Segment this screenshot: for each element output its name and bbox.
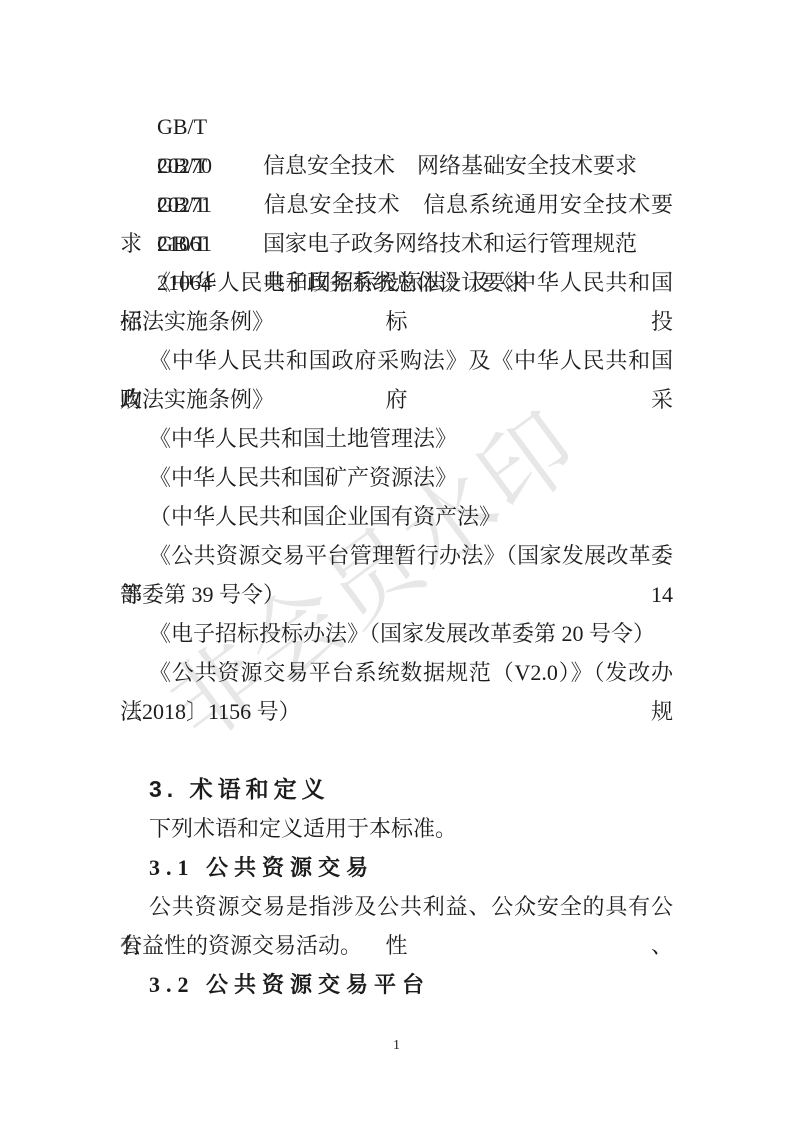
subsection-heading: 3.2 公共资源交易平台 [120, 965, 673, 1004]
text-line: 公共资源交易是指涉及公共利益、公众安全的具有公有性、 [120, 887, 673, 926]
text-line: 《公共资源交易平台管理暂行办法》（国家发展改革委等 14 [120, 536, 673, 575]
section-heading: 3. 术语和定义 [120, 770, 673, 809]
text-line: （中华人民共和国企业国有资产法》 [120, 497, 673, 536]
text-line: 《中华人民共和国矿产资源法》 [120, 458, 673, 497]
text-line: 《电子招标投标办法》（国家发展改革委第 20 号令） [120, 614, 673, 653]
text-line: 《中华人民共和国政府采购法》及《中华人民共和国政府采 [120, 341, 673, 380]
blank-line [120, 731, 673, 770]
standard-reference-line: GB/T 20270信息安全技术 网络基础安全技术要求 [120, 107, 673, 146]
standard-reference-line: GB/T 21061国家电子政务网络技术和运行管理规范 [120, 185, 673, 224]
document-body: GB/T 20270信息安全技术 网络基础安全技术要求GB/T 20271信息安… [120, 107, 673, 1004]
document-page: 非会员水印 GB/T 20270信息安全技术 网络基础安全技术要求GB/T 20… [0, 0, 793, 1122]
text-line: 下列术语和定义适用于本标准。 [120, 809, 673, 848]
subsection-heading: 3.1 公共资源交易 [120, 848, 673, 887]
text-line: 《中华人民共和国土地管理法》 [120, 419, 673, 458]
text-line: 《公共资源交易平台系统数据规范（V2.0）》（发改办法规 [120, 653, 673, 692]
text-line: 《中华人民共和国招标投标法》及《中华人民共和国招标投 [120, 263, 673, 302]
page-number: 1 [0, 1038, 793, 1054]
standard-reference-line: GB/T 20271信息安全技术 信息系统通用安全技术要求 [120, 146, 673, 185]
